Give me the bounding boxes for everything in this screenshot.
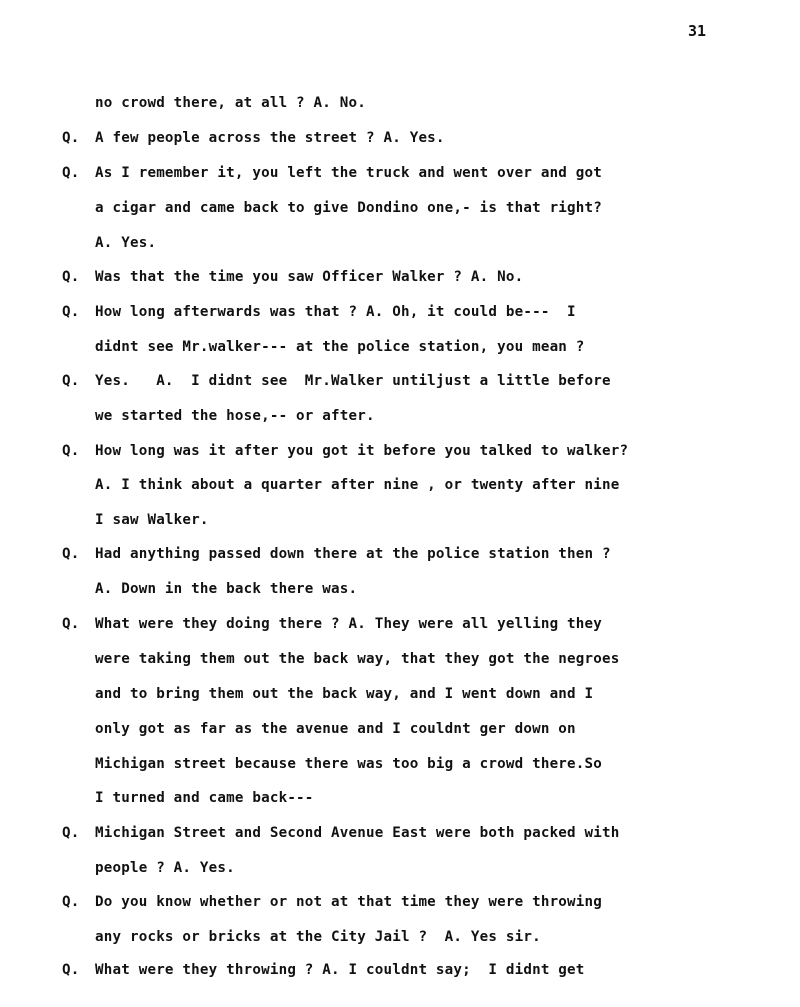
question-marker: Q. <box>62 165 95 181</box>
line-text: Was that the time you saw Officer Walker… <box>95 269 523 285</box>
transcript-line: A. I think about a quarter after nine , … <box>95 477 620 493</box>
question-marker: Q. <box>62 373 95 389</box>
question-marker: Q. <box>62 962 95 978</box>
line-text: and to bring them out the back way, and … <box>95 686 593 702</box>
transcript-line: Michigan street because there was too bi… <box>95 756 602 772</box>
transcript-line: only got as far as the avenue and I coul… <box>95 721 576 737</box>
question-marker: Q. <box>62 616 95 632</box>
transcript-line: A. Down in the back there was. <box>95 581 357 597</box>
line-text: were taking them out the back way, that … <box>95 651 620 667</box>
question-marker: Q. <box>62 304 95 320</box>
transcript-line: Q.Michigan Street and Second Avenue East… <box>62 825 620 841</box>
transcript-line: Q.What were they throwing ? A. I couldnt… <box>62 962 585 978</box>
transcript-line: I turned and came back--- <box>95 790 314 806</box>
line-text: Michigan Street and Second Avenue East w… <box>95 825 620 841</box>
transcript-line: Q.What were they doing there ? A. They w… <box>62 616 602 632</box>
line-text: A. Down in the back there was. <box>95 581 357 597</box>
line-text: What were they throwing ? A. I couldnt s… <box>95 962 585 978</box>
question-marker: Q. <box>62 443 95 459</box>
question-marker: Q. <box>62 130 95 146</box>
question-marker: Q. <box>62 894 95 910</box>
transcript-line: I saw Walker. <box>95 512 209 528</box>
line-text: didnt see Mr.walker--- at the police sta… <box>95 339 585 355</box>
line-text: I saw Walker. <box>95 512 209 528</box>
transcript-line: were taking them out the back way, that … <box>95 651 620 667</box>
line-text: A. Yes. <box>95 235 156 251</box>
transcript-line: and to bring them out the back way, and … <box>95 686 593 702</box>
transcript-line: any rocks or bricks at the City Jail ? A… <box>95 929 541 945</box>
transcript-line: Q.Do you know whether or not at that tim… <box>62 894 602 910</box>
transcript-line: Q.Was that the time you saw Officer Walk… <box>62 269 523 285</box>
transcript-line: Q.How long afterwards was that ? A. Oh, … <box>62 304 576 320</box>
line-text: What were they doing there ? A. They wer… <box>95 616 602 632</box>
transcript-line: A. Yes. <box>95 235 156 251</box>
transcript-line: Q.How long was it after you got it befor… <box>62 443 628 459</box>
line-text: Do you know whether or not at that time … <box>95 894 602 910</box>
transcript-line: we started the hose,-- or after. <box>95 408 375 424</box>
transcript-line: no crowd there, at all ? A. No. <box>95 95 366 111</box>
line-text: I turned and came back--- <box>95 790 314 806</box>
transcript-line: Q.Yes. A. I didnt see Mr.Walker untiljus… <box>62 373 611 389</box>
line-text: we started the hose,-- or after. <box>95 408 375 424</box>
transcript-line: didnt see Mr.walker--- at the police sta… <box>95 339 585 355</box>
line-text: How long was it after you got it before … <box>95 443 628 459</box>
question-marker: Q. <box>62 269 95 285</box>
line-text: people ? A. Yes. <box>95 860 235 876</box>
line-text: A few people across the street ? A. Yes. <box>95 130 445 146</box>
line-text: As I remember it, you left the truck and… <box>95 165 602 181</box>
line-text: Had anything passed down there at the po… <box>95 546 611 562</box>
line-text: no crowd there, at all ? A. No. <box>95 95 366 111</box>
line-text: How long afterwards was that ? A. Oh, it… <box>95 304 576 320</box>
line-text: A. I think about a quarter after nine , … <box>95 477 620 493</box>
line-text: any rocks or bricks at the City Jail ? A… <box>95 929 541 945</box>
line-text: Yes. A. I didnt see Mr.Walker untiljust … <box>95 373 611 389</box>
transcript-line: Q.Had anything passed down there at the … <box>62 546 611 562</box>
line-text: Michigan street because there was too bi… <box>95 756 602 772</box>
page-number: 31 <box>688 22 706 40</box>
line-text: a cigar and came back to give Dondino on… <box>95 200 602 216</box>
transcript-line: Q.As I remember it, you left the truck a… <box>62 165 602 181</box>
transcript-line: people ? A. Yes. <box>95 860 235 876</box>
transcript-line: a cigar and came back to give Dondino on… <box>95 200 602 216</box>
transcript-line: Q.A few people across the street ? A. Ye… <box>62 130 445 146</box>
question-marker: Q. <box>62 546 95 562</box>
question-marker: Q. <box>62 825 95 841</box>
line-text: only got as far as the avenue and I coul… <box>95 721 576 737</box>
